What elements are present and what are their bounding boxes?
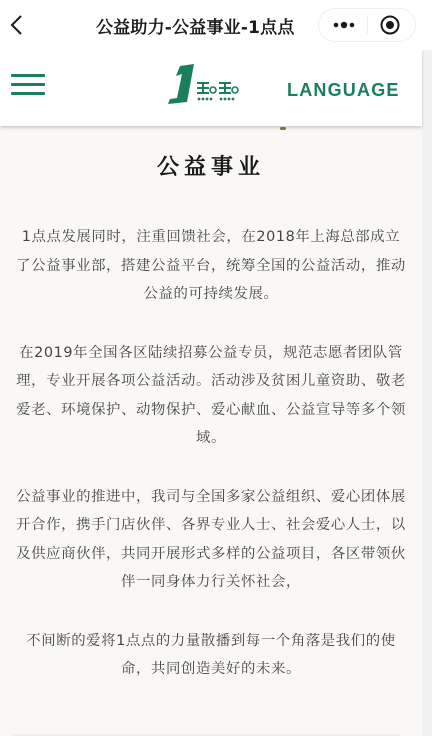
mini-program-title-bar: 公益助力-公益事业-1点点 xyxy=(0,0,432,50)
hamburger-menu-button[interactable] xyxy=(11,74,45,98)
paragraph: 公益事业的推进中，我司与全国多家公益组织、爱心团体展开合作，携手门店伙伴、各界专… xyxy=(0,483,422,597)
hamburger-menu-icon xyxy=(11,74,45,77)
hamburger-line xyxy=(11,92,45,95)
capsule-divider xyxy=(367,16,368,34)
logo-icon xyxy=(164,62,254,112)
capsule-menu xyxy=(318,8,416,42)
site-header: LANGUAGE xyxy=(0,50,422,126)
more-button[interactable] xyxy=(329,15,359,35)
brand-logo[interactable] xyxy=(164,62,254,112)
page-title: 公益助力-公益事业-1点点 xyxy=(96,13,295,38)
section-title: 公益事业 xyxy=(0,150,422,181)
scrollbar-track[interactable] xyxy=(422,50,432,736)
close-mini-program-button[interactable] xyxy=(379,14,401,36)
more-dots-icon xyxy=(329,15,359,35)
back-button[interactable] xyxy=(8,12,28,38)
target-circle-icon xyxy=(379,14,401,36)
paragraph: 在2019年全国各区陆续招募公益专员，规范志愿者团队管理，专业开展各项公益活动。… xyxy=(0,339,422,453)
paragraph: 1点点发展同时，注重回馈社会，在2018年上海总部成立了公益事业部，搭建公益平台… xyxy=(0,223,422,309)
main-content: 公益事业 1点点发展同时，注重回馈社会，在2018年上海总部成立了公益事业部，搭… xyxy=(0,126,422,684)
hamburger-line xyxy=(11,83,45,86)
paragraph: 不间断的爱将1点点的力量散播到每一个角落是我们的使命，共同创造美好的未来。 xyxy=(0,627,422,684)
chevron-left-icon xyxy=(8,12,28,38)
language-button[interactable]: LANGUAGE xyxy=(287,80,400,101)
